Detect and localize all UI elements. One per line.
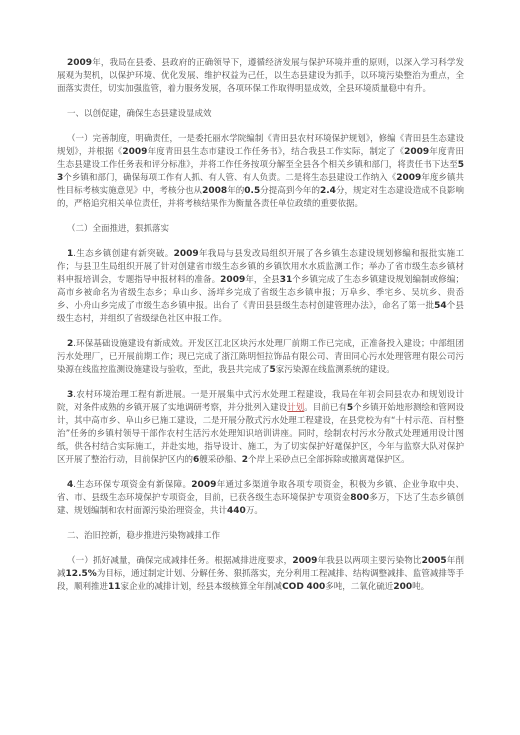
inline-link[interactable]: 计划	[287, 403, 304, 413]
paragraph: 2.环保基础设施建设有新成效。开发区江北区块污水处理厂前期工作已完成，正准备投入…	[57, 338, 464, 377]
section-heading: 二、治旧控新，稳步推进污染物减排工作	[57, 530, 464, 543]
section-heading: 一、以创促建，确保生态县建设显成效	[57, 108, 464, 121]
number-text: 11	[108, 582, 121, 592]
number-text: 6	[193, 455, 199, 465]
paragraph: 1.生态乡镇创建有新突破。2009年我局与县发改局组织开展了各乡镇生态建设规划修…	[57, 248, 464, 326]
number-text: 2009	[396, 173, 421, 183]
number-text: 2.4	[320, 186, 336, 196]
number-text: 54	[434, 301, 447, 311]
number-text: 5	[270, 365, 276, 375]
paragraph: 2009年，我局在县委、县政府的正确领导下，遵循经济发展与保护环境并重的原则，以…	[57, 57, 464, 96]
number-text: 31	[280, 275, 293, 285]
paragraph: （一）抓好减量，确保完成减排任务。根据减排进度要求，2009年我县以两项主要污染…	[57, 555, 464, 594]
number-text: 0.5	[244, 186, 260, 196]
number-text: 440	[227, 506, 246, 516]
number-text: 2	[67, 339, 73, 349]
number-text: 2009	[67, 58, 92, 68]
number-text: 400	[307, 582, 326, 592]
number-text: 3	[67, 390, 73, 400]
number-text: 2009	[122, 147, 147, 157]
number-text: 12.5%	[66, 569, 97, 579]
number-text: 2005	[422, 556, 447, 566]
number-text: 2009	[404, 147, 429, 157]
paragraph: 4.生态环保专项资金有新保障。2009年通过多渠道争取各项专项资金，积极为乡镇、…	[57, 479, 464, 518]
number-text: COD	[282, 582, 304, 592]
paragraph: （一）完善制度，明确责任，一是委托丽水学院编制《青田县农村环境保护规划》，修编《…	[57, 133, 464, 211]
number-text: 5	[347, 403, 353, 413]
paragraph: 3.农村环境治理工程有新进展。一是开展集中式污水处理工程建设，我局在年初会同县农…	[57, 389, 464, 467]
number-text: 2009	[292, 556, 317, 566]
number-text: 200	[393, 582, 412, 592]
number-text: 2009	[191, 480, 216, 490]
number-text: 2008	[202, 186, 227, 196]
number-text: 2009	[174, 249, 199, 259]
section-heading: （二）全面推进，狠抓落实	[57, 223, 464, 236]
number-text: 4	[67, 480, 73, 490]
number-text: 2	[242, 455, 248, 465]
number-text: 1	[67, 249, 73, 259]
number-text: 800	[350, 493, 369, 503]
document-page: 2009年，我局在县委、县政府的正确领导下，遵循经济发展与保护环境并重的原则，以…	[57, 57, 464, 606]
number-text: 2009	[220, 275, 245, 285]
